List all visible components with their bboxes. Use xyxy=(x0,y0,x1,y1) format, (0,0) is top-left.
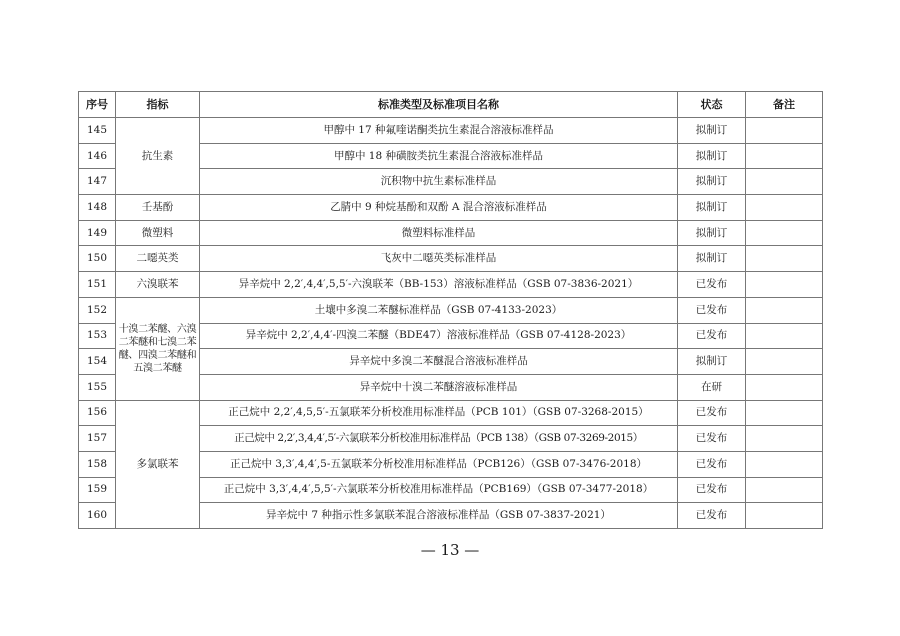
row-remark xyxy=(746,297,823,323)
row-status: 已发布 xyxy=(678,272,746,298)
row-name: 正己烷中 3,3′,4,4′,5,5′-六氯联苯分析校准用标准样品（PCB169… xyxy=(200,477,678,503)
row-status: 已发布 xyxy=(678,503,746,529)
row-name: 异辛烷中十溴二苯醚溶液标准样品 xyxy=(200,374,678,400)
row-remark xyxy=(746,118,823,144)
row-seq: 149 xyxy=(79,220,116,246)
row-name: 乙腈中 9 种烷基酚和双酚 A 混合溶液标准样品 xyxy=(200,195,678,221)
row-remark xyxy=(746,143,823,169)
indicator-hexabromobiphenyl: 六溴联苯 xyxy=(116,272,200,298)
row-name: 甲醇中 17 种氟喹诺酮类抗生素混合溶液标准样品 xyxy=(200,118,678,144)
row-seq: 158 xyxy=(79,451,116,477)
standards-table: 序号 指标 标准类型及标准项目名称 状态 备注 145 抗生素 甲醇中 17 种… xyxy=(78,91,823,529)
row-seq: 147 xyxy=(79,169,116,195)
table-header-row: 序号 指标 标准类型及标准项目名称 状态 备注 xyxy=(79,92,823,118)
row-name: 异辛烷中 7 种指示性多氯联苯混合溶液标准样品（GSB 07-3837-2021… xyxy=(200,503,678,529)
row-seq: 160 xyxy=(79,503,116,529)
row-name: 正己烷中 3,3′,4,4′,5-五氯联苯分析校准用标准样品（PCB126）（G… xyxy=(200,451,678,477)
indicator-pbde: 十溴二苯醚、六溴二苯醚和七溴二苯醚、四溴二苯醚和五溴二苯醚 xyxy=(116,297,200,400)
table-row: 156 多氯联苯 正己烷中 2,2′,4,5,5′-五氯联苯分析校准用标准样品（… xyxy=(79,400,823,426)
header-indicator: 指标 xyxy=(116,92,200,118)
row-remark xyxy=(746,195,823,221)
row-name: 土壤中多溴二苯醚标准样品（GSB 07-4133-2023） xyxy=(200,297,678,323)
header-remark: 备注 xyxy=(746,92,823,118)
row-seq: 151 xyxy=(79,272,116,298)
row-remark xyxy=(746,477,823,503)
page-number: — 13 — xyxy=(0,541,900,559)
row-name: 微塑料标准样品 xyxy=(200,220,678,246)
row-name: 异辛烷中 2,2′,4,4′-四溴二苯醚（BDE47）溶液标准样品（GSB 07… xyxy=(200,323,678,349)
row-status: 拟制订 xyxy=(678,349,746,375)
row-name: 沉积物中抗生素标准样品 xyxy=(200,169,678,195)
row-name: 正己烷中 2,2′,4,5,5′-五氯联苯分析校准用标准样品（PCB 101）（… xyxy=(200,400,678,426)
row-remark xyxy=(746,349,823,375)
row-seq: 156 xyxy=(79,400,116,426)
row-remark xyxy=(746,169,823,195)
row-remark xyxy=(746,426,823,452)
row-remark xyxy=(746,451,823,477)
row-status: 已发布 xyxy=(678,477,746,503)
row-seq: 146 xyxy=(79,143,116,169)
row-remark xyxy=(746,374,823,400)
row-status: 拟制订 xyxy=(678,143,746,169)
row-status: 已发布 xyxy=(678,426,746,452)
header-status: 状态 xyxy=(678,92,746,118)
row-remark xyxy=(746,503,823,529)
table-row: 151 六溴联苯 异辛烷中 2,2′,4,4′,5,5′-六溴联苯（BB-153… xyxy=(79,272,823,298)
indicator-nonylphenol: 壬基酚 xyxy=(116,195,200,221)
table-row: 152 十溴二苯醚、六溴二苯醚和七溴二苯醚、四溴二苯醚和五溴二苯醚 土壤中多溴二… xyxy=(79,297,823,323)
row-seq: 155 xyxy=(79,374,116,400)
row-status: 已发布 xyxy=(678,297,746,323)
row-status: 拟制订 xyxy=(678,246,746,272)
indicator-dioxins: 二噁英类 xyxy=(116,246,200,272)
row-seq: 154 xyxy=(79,349,116,375)
row-name: 异辛烷中 2,2′,4,4′,5,5′-六溴联苯（BB-153）溶液标准样品（G… xyxy=(200,272,678,298)
row-status: 已发布 xyxy=(678,400,746,426)
table-row: 150 二噁英类 飞灰中二噁英类标准样品 拟制订 xyxy=(79,246,823,272)
row-status: 拟制订 xyxy=(678,195,746,221)
header-seq: 序号 xyxy=(79,92,116,118)
row-status: 已发布 xyxy=(678,451,746,477)
row-remark xyxy=(746,220,823,246)
row-status: 拟制订 xyxy=(678,220,746,246)
table-row: 145 抗生素 甲醇中 17 种氟喹诺酮类抗生素混合溶液标准样品 拟制订 xyxy=(79,118,823,144)
row-remark xyxy=(746,272,823,298)
row-name: 正己烷中 2,2′,3,4,4′,5′-六氯联苯分析校准用标准样品（PCB 13… xyxy=(200,426,678,452)
row-seq: 157 xyxy=(79,426,116,452)
row-seq: 148 xyxy=(79,195,116,221)
row-status: 在研 xyxy=(678,374,746,400)
row-name: 飞灰中二噁英类标准样品 xyxy=(200,246,678,272)
indicator-pcb: 多氯联苯 xyxy=(116,400,200,528)
row-seq: 159 xyxy=(79,477,116,503)
row-remark xyxy=(746,400,823,426)
table-row: 149 微塑料 微塑料标准样品 拟制订 xyxy=(79,220,823,246)
row-remark xyxy=(746,246,823,272)
row-seq: 150 xyxy=(79,246,116,272)
row-status: 拟制订 xyxy=(678,169,746,195)
row-name: 异辛烷中多溴二苯醚混合溶液标准样品 xyxy=(200,349,678,375)
header-name: 标准类型及标准项目名称 xyxy=(200,92,678,118)
row-seq: 152 xyxy=(79,297,116,323)
indicator-antibiotics: 抗生素 xyxy=(116,118,200,195)
row-status: 拟制订 xyxy=(678,118,746,144)
table-row: 148 壬基酚 乙腈中 9 种烷基酚和双酚 A 混合溶液标准样品 拟制订 xyxy=(79,195,823,221)
indicator-microplastics: 微塑料 xyxy=(116,220,200,246)
row-name: 甲醇中 18 种磺胺类抗生素混合溶液标准样品 xyxy=(200,143,678,169)
row-seq: 153 xyxy=(79,323,116,349)
row-remark xyxy=(746,323,823,349)
row-seq: 145 xyxy=(79,118,116,144)
row-status: 已发布 xyxy=(678,323,746,349)
